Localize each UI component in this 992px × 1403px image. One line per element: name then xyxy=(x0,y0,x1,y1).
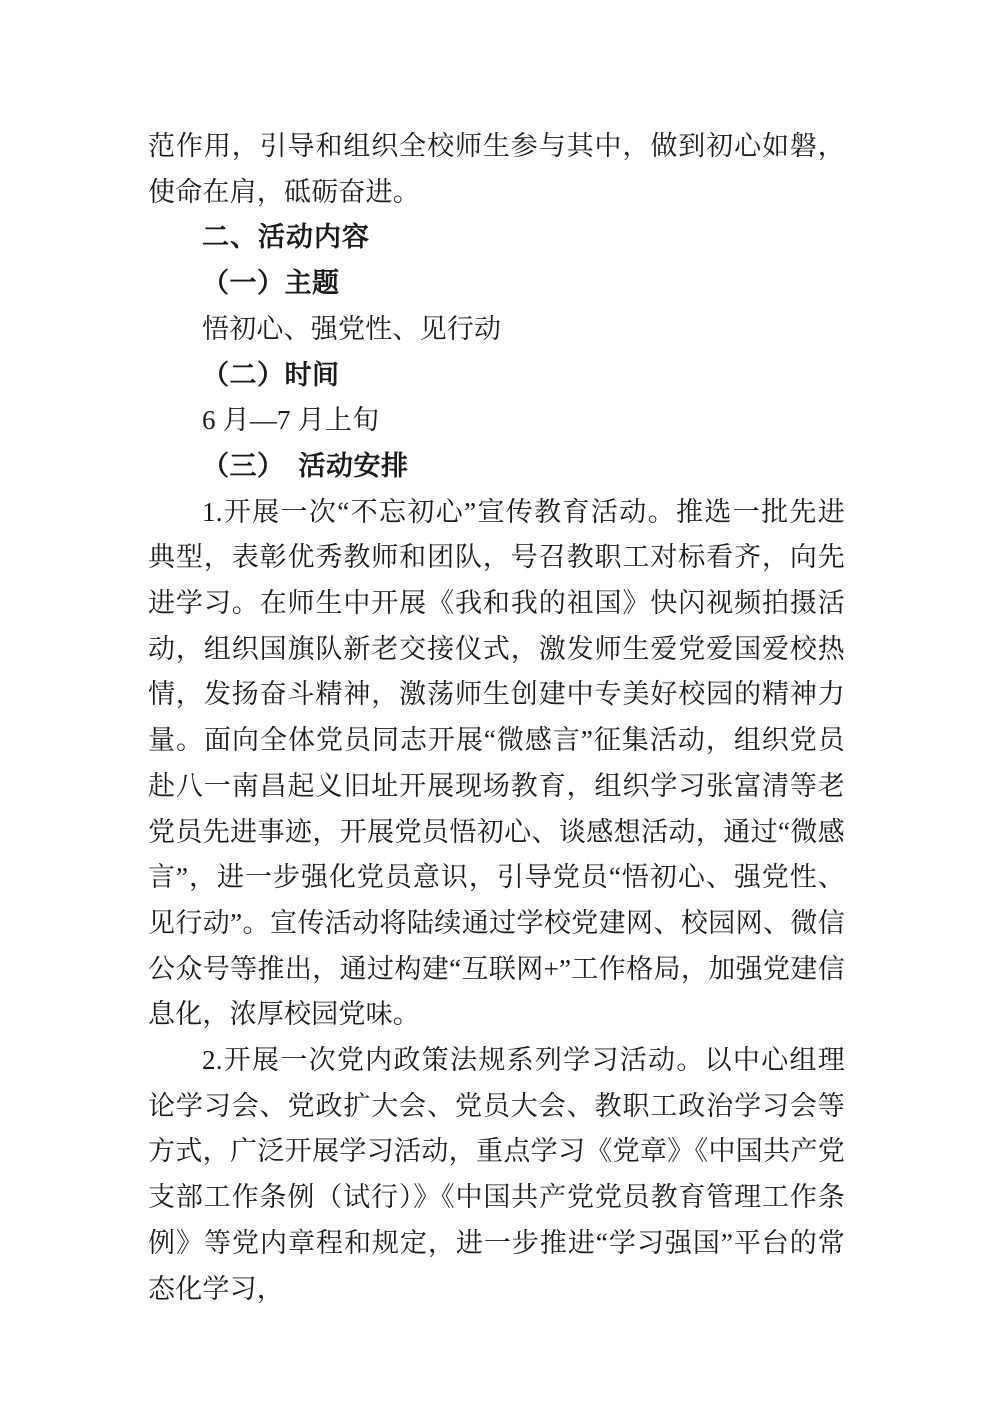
document-page: 范作用，引导和组织全校师生参与其中，做到初心如磐，使命在肩，砥砺奋进。 二、活动… xyxy=(0,0,992,1403)
subsection-heading-arrangement: （三） 活动安排 xyxy=(148,444,845,490)
subsection-heading-theme: （一）主题 xyxy=(148,261,845,307)
paragraph-continuation: 范作用，引导和组织全校师生参与其中，做到初心如磐，使命在肩，砥砺奋进。 xyxy=(148,124,845,215)
subsection-heading-time: （二）时间 xyxy=(148,353,845,399)
paragraph-activity-item-2: 2.开展一次党内政策法规系列学习活动。以中心组理论学习会、党政扩大会、党员大会、… xyxy=(148,1038,845,1312)
paragraph-time-value: 6 月—7 月上旬 xyxy=(148,398,845,444)
paragraph-theme-value: 悟初心、强党性、见行动 xyxy=(148,307,845,353)
paragraph-activity-item-1: 1.开展一次“不忘初心”宣传教育活动。推选一批先进典型，表彰优秀教师和团队，号召… xyxy=(148,490,845,1038)
section-heading-activity-content: 二、活动内容 xyxy=(148,215,845,261)
